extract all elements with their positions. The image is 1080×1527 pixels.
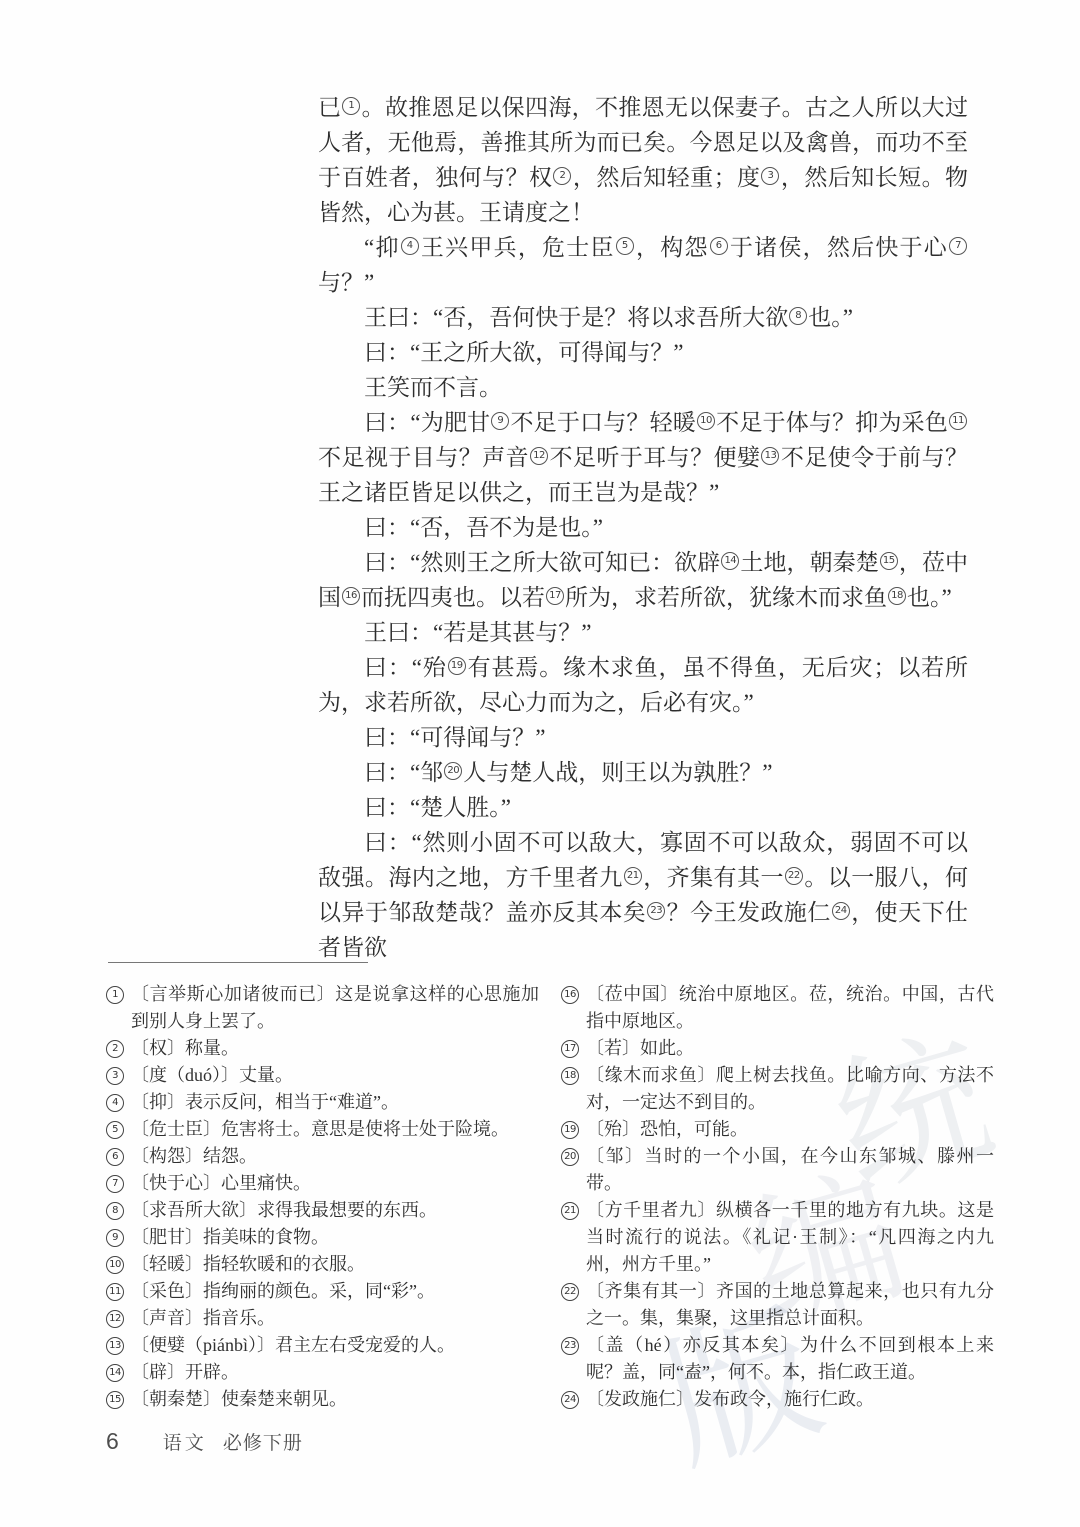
footnote-text: 〔快于心〕心里痛快。: [131, 1170, 539, 1197]
main-paragraph: 曰：“楚人胜。”: [318, 790, 968, 825]
footnote-text: 〔采色〕指绚丽的颜色。采，同“彩”。: [131, 1278, 539, 1305]
footnote-item: 21〔方千里者九〕纵横各一千里的地方有九块。这是当时流行的说法。《礼记·王制》：…: [561, 1197, 994, 1278]
footnote-number: 17: [561, 1040, 579, 1058]
footnotes-left-column: 1〔言举斯心加诸彼而已〕这是说拿这样的心思施加到别人身上罢了。2〔权〕称量。3〔…: [106, 981, 539, 1413]
footnotes-right-column: 16〔莅中国〕统治中原地区。莅，统治。中国，古代指中原地区。17〔若〕如此。18…: [561, 981, 994, 1413]
footnote-item: 1〔言举斯心加诸彼而已〕这是说拿这样的心思施加到别人身上罢了。: [106, 981, 539, 1035]
annotation-ref: 3: [761, 167, 779, 185]
main-paragraph: 曰：“否，吾不为是也。”: [318, 510, 968, 545]
footnote-text: 〔殆〕恐怕，可能。: [586, 1116, 994, 1143]
footnote-item: 19〔殆〕恐怕，可能。: [561, 1116, 994, 1143]
annotation-ref: 24: [832, 902, 850, 920]
footnote-number: 13: [106, 1337, 124, 1355]
main-paragraph: 王曰：“否，吾何快于是？将以求吾所大欲8也。”: [318, 300, 968, 335]
annotation-ref: 7: [949, 237, 967, 255]
footnote-number: 3: [106, 1067, 124, 1085]
annotation-ref: 15: [880, 552, 898, 570]
footnote-item: 3〔度（duó）〕丈量。: [106, 1062, 539, 1089]
footnote-number: 6: [106, 1148, 124, 1166]
textbook-page: 统编版 已1。故推恩足以保四海，不推恩无以保妻子。古之人所以大过人者，无他焉，善…: [0, 0, 1080, 1527]
page-footer: 6 语文 必修下册: [106, 1428, 303, 1455]
annotation-ref: 16: [342, 587, 360, 605]
annotation-ref: 2: [553, 167, 571, 185]
annotation-ref: 6: [710, 237, 728, 255]
footnote-text: 〔若〕如此。: [586, 1035, 994, 1062]
footnote-text: 〔求吾所大欲〕求得我最想要的东西。: [131, 1197, 539, 1224]
footnote-text: 〔莅中国〕统治中原地区。莅，统治。中国，古代指中原地区。: [586, 981, 994, 1035]
footnote-item: 15〔朝秦楚〕使秦楚来朝见。: [106, 1386, 539, 1413]
main-paragraph: 曰：“邹20人与楚人战，则王以为孰胜？”: [318, 755, 968, 790]
footnote-text: 〔发政施仁〕发布政令，施行仁政。: [586, 1386, 994, 1413]
footnote-text: 〔肥甘〕指美味的食物。: [131, 1224, 539, 1251]
main-paragraph: 曰：“然则王之所大欲可知已：欲辟14土地，朝秦楚15，莅中国16而抚四夷也。以若…: [318, 545, 968, 615]
footnote-text: 〔便嬖（piánbì）〕君主左右受宠爱的人。: [131, 1332, 539, 1359]
footnote-item: 20〔邹〕当时的一个小国，在今山东邹城、滕州一带。: [561, 1143, 994, 1197]
annotation-ref: 23: [647, 902, 665, 920]
footnote-item: 22〔齐集有其一〕齐国的土地总算起来，也只有九分之一。集，集聚，这里指总计面积。: [561, 1278, 994, 1332]
footnote-item: 8〔求吾所大欲〕求得我最想要的东西。: [106, 1197, 539, 1224]
footnote-divider: [108, 962, 368, 963]
footnote-item: 13〔便嬖（piánbì）〕君主左右受宠爱的人。: [106, 1332, 539, 1359]
annotation-ref: 11: [949, 412, 967, 430]
footnote-text: 〔缘木而求鱼〕爬上树去找鱼。比喻方向、方法不对，一定达不到目的。: [586, 1062, 994, 1116]
main-paragraph: “抑4王兴甲兵，危士臣5，构怨6于诸侯，然后快于心7与？”: [318, 230, 968, 300]
footnote-number: 22: [561, 1283, 579, 1301]
annotation-ref: 13: [761, 447, 779, 465]
footnote-item: 16〔莅中国〕统治中原地区。莅，统治。中国，古代指中原地区。: [561, 981, 994, 1035]
footnote-item: 14〔辟〕开辟。: [106, 1359, 539, 1386]
annotation-ref: 17: [546, 587, 564, 605]
footnote-text: 〔危士臣〕危害将士。意思是使将士处于险境。: [131, 1116, 539, 1143]
annotation-ref: 4: [401, 237, 419, 255]
main-paragraph: 曰：“可得闻与？”: [318, 720, 968, 755]
annotation-ref: 1: [342, 97, 360, 115]
footnote-number: 9: [106, 1229, 124, 1247]
footnote-item: 17〔若〕如此。: [561, 1035, 994, 1062]
footnote-item: 7〔快于心〕心里痛快。: [106, 1170, 539, 1197]
footnote-item: 10〔轻暖〕指轻软暖和的衣服。: [106, 1251, 539, 1278]
footnote-number: 14: [106, 1364, 124, 1382]
footnote-text: 〔声音〕指音乐。: [131, 1305, 539, 1332]
footer-subject: 语文: [163, 1428, 207, 1455]
footnote-number: 4: [106, 1094, 124, 1112]
footnote-number: 20: [561, 1148, 579, 1166]
main-paragraph: 曰：“殆19有甚焉。缘木求鱼，虽不得鱼，无后灾；以若所为，求若所欲，尽心力而为之…: [318, 650, 968, 720]
footnote-item: 4〔抑〕表示反问，相当于“难道”。: [106, 1089, 539, 1116]
footnote-number: 1: [106, 986, 124, 1004]
footnote-text: 〔言举斯心加诸彼而已〕这是说拿这样的心思施加到别人身上罢了。: [131, 981, 539, 1035]
footnote-item: 6〔构怨〕结怨。: [106, 1143, 539, 1170]
main-paragraph: 曰：“王之所大欲，可得闻与？”: [318, 335, 968, 370]
footnote-number: 7: [106, 1175, 124, 1193]
footnote-text: 〔抑〕表示反问，相当于“难道”。: [131, 1089, 539, 1116]
main-paragraph: 曰：“为肥甘9不足于口与？轻暖10不足于体与？抑为采色11不足视于目与？声音12…: [318, 405, 968, 510]
footnote-item: 24〔发政施仁〕发布政令，施行仁政。: [561, 1386, 994, 1413]
main-paragraph: 曰：“然则小固不可以敌大，寡固不可以敌众，弱固不可以敌强。海内之地，方千里者九2…: [318, 825, 968, 965]
footnote-text: 〔权〕称量。: [131, 1035, 539, 1062]
main-paragraph: 王曰：“若是其甚与？”: [318, 615, 968, 650]
annotation-ref: 12: [530, 447, 548, 465]
footnote-number: 23: [561, 1337, 579, 1355]
footnote-text: 〔盖（hé）亦反其本矣〕为什么不回到根本上来呢？盖，同“盍”，何不。本，指仁政王…: [586, 1332, 994, 1386]
footnote-item: 2〔权〕称量。: [106, 1035, 539, 1062]
footnote-number: 19: [561, 1121, 579, 1139]
footnote-number: 16: [561, 986, 579, 1004]
footnote-number: 10: [106, 1256, 124, 1274]
annotation-ref: 22: [785, 867, 803, 885]
footnote-number: 2: [106, 1040, 124, 1058]
annotation-ref: 8: [789, 307, 807, 325]
footnote-item: 5〔危士臣〕危害将士。意思是使将士处于险境。: [106, 1116, 539, 1143]
annotation-ref: 21: [624, 867, 642, 885]
annotation-ref: 14: [721, 552, 739, 570]
footnote-number: 12: [106, 1310, 124, 1328]
footnote-text: 〔朝秦楚〕使秦楚来朝见。: [131, 1386, 539, 1413]
footnote-item: 12〔声音〕指音乐。: [106, 1305, 539, 1332]
annotation-ref: 19: [448, 657, 466, 675]
footnote-number: 5: [106, 1121, 124, 1139]
main-text: 已1。故推恩足以保四海，不推恩无以保妻子。古之人所以大过人者，无他焉，善推其所为…: [318, 90, 968, 965]
footnote-number: 21: [561, 1202, 579, 1220]
footnote-item: 11〔采色〕指绚丽的颜色。采，同“彩”。: [106, 1278, 539, 1305]
footnote-item: 9〔肥甘〕指美味的食物。: [106, 1224, 539, 1251]
annotation-ref: 20: [444, 762, 462, 780]
footnote-text: 〔邹〕当时的一个小国，在今山东邹城、滕州一带。: [586, 1143, 994, 1197]
footnote-item: 23〔盖（hé）亦反其本矣〕为什么不回到根本上来呢？盖，同“盍”，何不。本，指仁…: [561, 1332, 994, 1386]
footnote-text: 〔方千里者九〕纵横各一千里的地方有九块。这是当时流行的说法。《礼记·王制》：“凡…: [586, 1197, 994, 1278]
footnote-number: 11: [106, 1283, 124, 1301]
main-paragraph: 已1。故推恩足以保四海，不推恩无以保妻子。古之人所以大过人者，无他焉，善推其所为…: [318, 90, 968, 230]
footnote-number: 18: [561, 1067, 579, 1085]
footnote-text: 〔辟〕开辟。: [131, 1359, 539, 1386]
annotation-ref: 5: [616, 237, 634, 255]
footnote-number: 15: [106, 1391, 124, 1409]
annotation-ref: 10: [697, 412, 715, 430]
annotation-ref: 9: [491, 412, 509, 430]
footnote-text: 〔齐集有其一〕齐国的土地总算起来，也只有九分之一。集，集聚，这里指总计面积。: [586, 1278, 994, 1332]
footer-volume: 必修下册: [223, 1428, 303, 1455]
page-number: 6: [106, 1428, 119, 1455]
footnote-number: 24: [561, 1391, 579, 1409]
footnote-item: 18〔缘木而求鱼〕爬上树去找鱼。比喻方向、方法不对，一定达不到目的。: [561, 1062, 994, 1116]
footnote-number: 8: [106, 1202, 124, 1220]
footnote-text: 〔轻暖〕指轻软暖和的衣服。: [131, 1251, 539, 1278]
annotation-ref: 18: [888, 587, 906, 605]
main-paragraph: 王笑而不言。: [318, 370, 968, 405]
footnotes-section: 1〔言举斯心加诸彼而已〕这是说拿这样的心思施加到别人身上罢了。2〔权〕称量。3〔…: [106, 981, 994, 1413]
footnote-text: 〔度（duó）〕丈量。: [131, 1062, 539, 1089]
footnote-text: 〔构怨〕结怨。: [131, 1143, 539, 1170]
